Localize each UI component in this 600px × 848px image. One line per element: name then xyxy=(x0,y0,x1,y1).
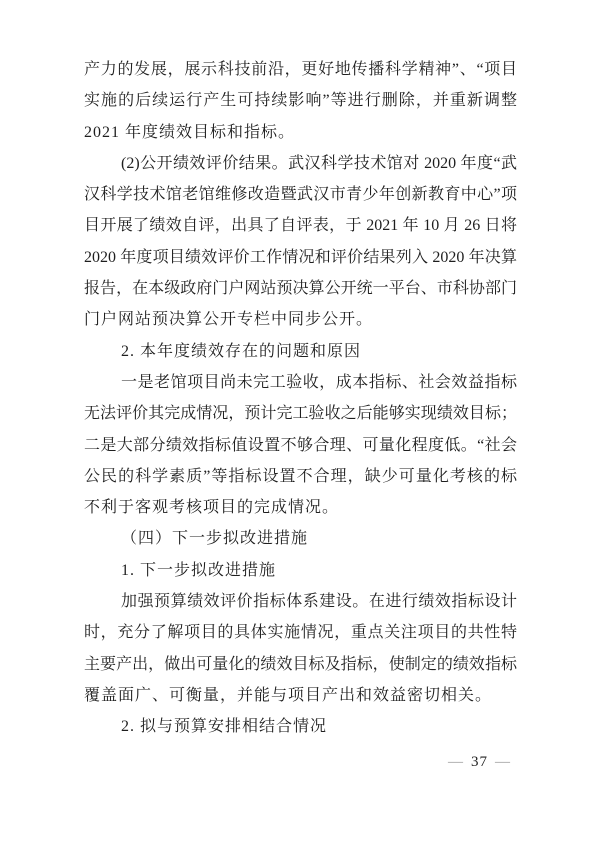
body-text: 产力的发展，展示科技前沿，更好地传播科学精神”、“项目实施的后续运行产生可持续影… xyxy=(84,54,517,743)
text-line: 加强预算绩效评价指标体系建设。在进行绩效指标设计 xyxy=(84,586,517,617)
page-number-dash-right: — xyxy=(490,754,516,770)
text-line: (2)公开绩效评价结果。武汉科学技术馆对 2020 年度“武 xyxy=(84,148,517,179)
text-line: 产力的发展，展示科技前沿，更好地传播科学精神”、“项目 xyxy=(84,54,517,85)
text-line: 覆盖面广、可衡量，并能与项目产出和效益密切相关。 xyxy=(84,680,517,711)
text-line: 不利于客观考核项目的完成情况。 xyxy=(84,492,517,523)
text-line: 汉科学技术馆老馆维修改造暨武汉市青少年创新教育中心”项 xyxy=(84,179,517,210)
text-line: 主要产出，做出可量化的绩效目标及指标，使制定的绩效指标 xyxy=(84,649,517,680)
text-line: 报告，在本级政府门户网站预决算公开统一平台、市科协部门 xyxy=(84,273,517,304)
text-line: （四）下一步拟改进措施 xyxy=(84,523,517,554)
text-line: 时，充分了解项目的具体实施情况，重点关注项目的共性特征、 xyxy=(84,617,517,648)
page-number-value: 37 xyxy=(469,754,490,770)
text-line: 目开展了绩效自评，出具了自评表，于 2021 年 10 月 26 日将 xyxy=(84,210,517,241)
text-line: 公民的科学素质”等指标设置不合理，缺少可量化考核的标准， xyxy=(84,461,517,492)
text-line: 无法评价其完成情况，预计完工验收之后能够实现绩效目标； xyxy=(84,398,517,429)
text-line: 二是大部分绩效指标值设置不够合理、可量化程度低。“社会 xyxy=(84,430,517,461)
text-line: 2021 年度绩效目标和指标。 xyxy=(84,117,517,148)
page-number: —37— xyxy=(443,754,516,771)
document-page: 产力的发展，展示科技前沿，更好地传播科学精神”、“项目实施的后续运行产生可持续影… xyxy=(0,0,600,848)
text-line: 2. 拟与预算安排相结合情况 xyxy=(84,711,517,742)
text-line: 门户网站预决算公开专栏中同步公开。 xyxy=(84,304,517,335)
text-line: 2020 年度项目绩效评价工作情况和评价结果列入 2020 年决算 xyxy=(84,242,517,273)
page-number-dash-left: — xyxy=(443,754,469,770)
text-line: 1. 下一步拟改进措施 xyxy=(84,555,517,586)
text-line: 实施的后续运行产生可持续影响”等进行删除，并重新调整 xyxy=(84,85,517,116)
text-line: 2. 本年度绩效存在的问题和原因 xyxy=(84,336,517,367)
text-line: 一是老馆项目尚未完工验收，成本指标、社会效益指标暂 xyxy=(84,367,517,398)
